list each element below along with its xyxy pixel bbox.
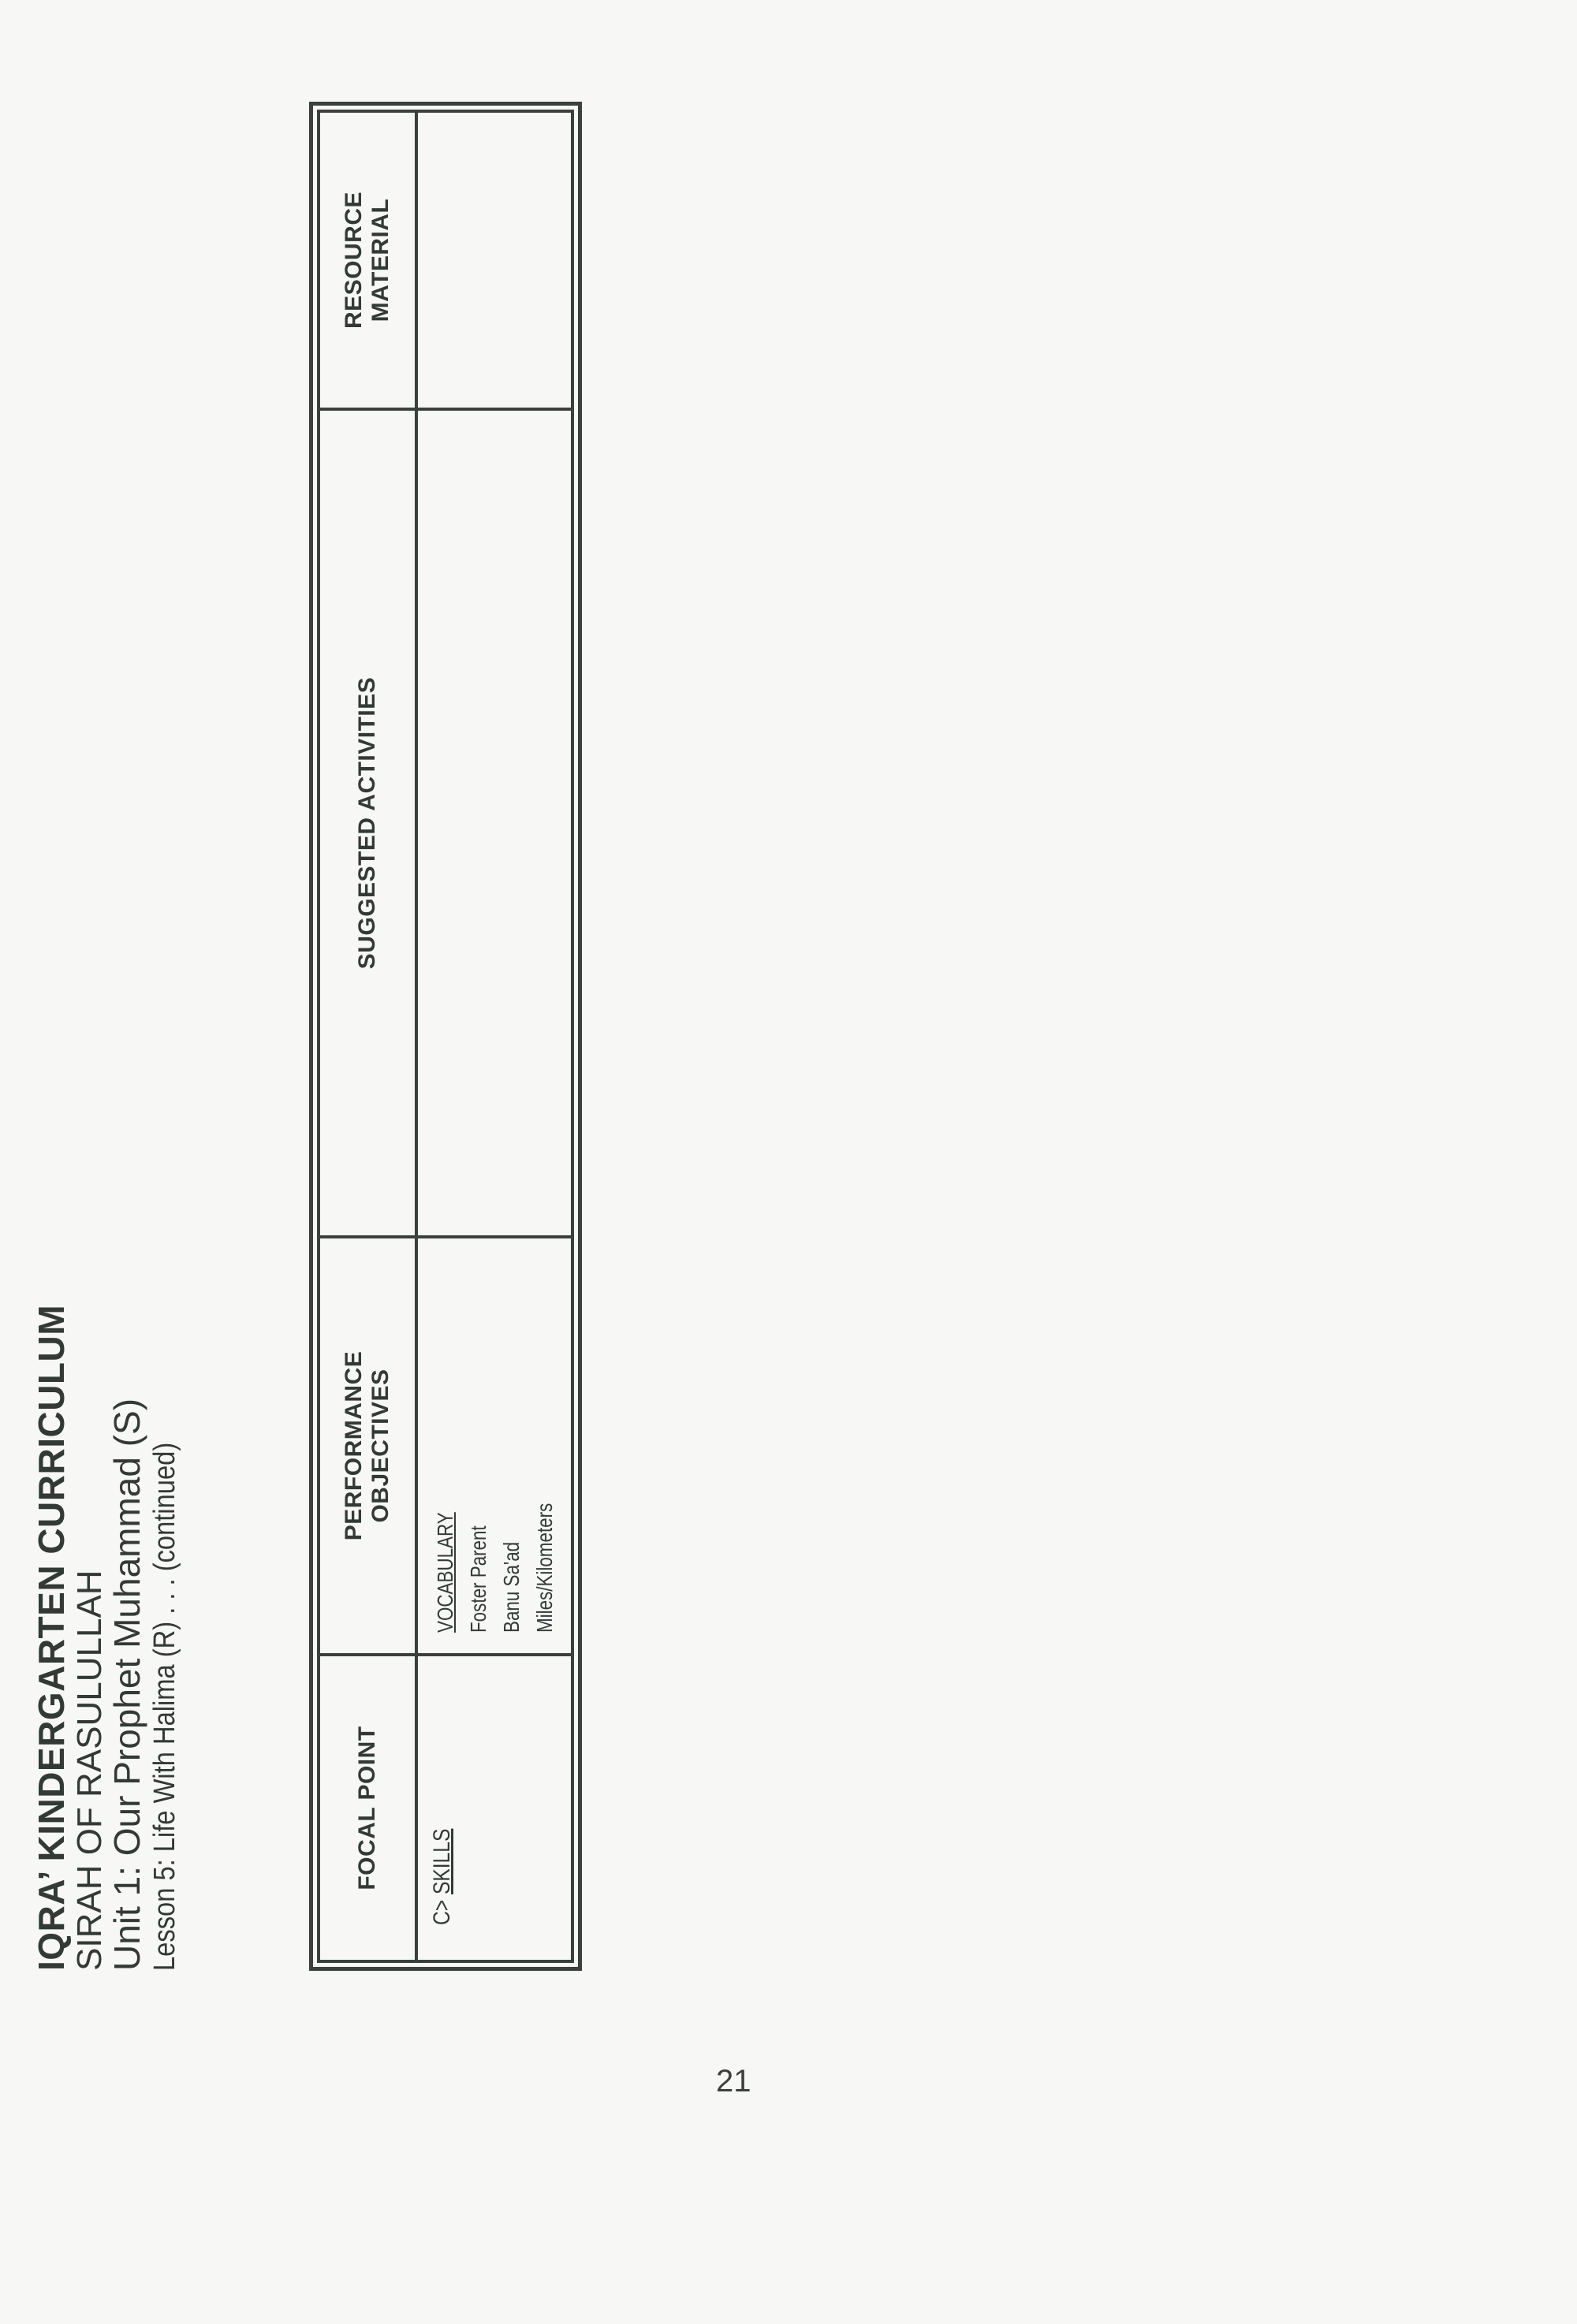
column-header: PERFORMANCE OBJECTIVES [320, 1238, 418, 1653]
lesson-title: Lesson 5: Life With Halima (R) . . . (co… [150, 1398, 180, 1971]
vocabulary-item: Foster Parent [462, 1503, 495, 1633]
subject-title: SIRAH OF RASULULLAH [73, 1305, 107, 1971]
rotated-page: IQRA’ KINDERGARTEN CURRICULUM SIRAH OF R… [0, 0, 1577, 2324]
table-cell [418, 113, 571, 408]
skills-label: SKILLS [429, 1829, 455, 1894]
column-header: SUGGESTED ACTIVITIES [320, 411, 418, 1235]
column-header: RESOURCE MATERIAL [320, 113, 418, 408]
column-resource-material: RESOURCE MATERIAL [320, 113, 571, 408]
table-cell: C> SKILLS [418, 1656, 571, 1960]
column-suggested-activities: SUGGESTED ACTIVITIES [320, 408, 571, 1235]
vocabulary-heading: VOCABULARY [429, 1503, 462, 1633]
page-header: IQRA’ KINDERGARTEN CURRICULUM SIRAH OF R… [33, 1305, 180, 1971]
vocabulary-item: Banu Sa'ad [495, 1503, 528, 1633]
vocabulary-item: Miles/Kilometers [528, 1503, 561, 1633]
focal-point-skills: C> SKILLS [429, 1829, 456, 1925]
column-focal-point: FOCAL POINT C> SKILLS [320, 1653, 571, 1960]
table-cell: VOCABULARY Foster Parent Banu Sa'ad Mile… [418, 1238, 571, 1653]
curriculum-title: IQRA’ KINDERGARTEN CURRICULUM [33, 1305, 69, 1971]
column-header: FOCAL POINT [320, 1656, 418, 1960]
vocabulary-list: VOCABULARY Foster Parent Banu Sa'ad Mile… [429, 1503, 561, 1633]
page-number: 21 [716, 2064, 751, 2099]
skills-prefix: C> [429, 1900, 455, 1925]
curriculum-table: FOCAL POINT C> SKILLS PERFORMANCE OBJECT… [309, 102, 582, 1971]
unit-title: Unit 1: Our Prophet Muhammad (S) [109, 1305, 145, 1971]
table-cell [418, 411, 571, 1235]
column-performance-objectives: PERFORMANCE OBJECTIVES VOCABULARY Foster… [320, 1235, 571, 1653]
